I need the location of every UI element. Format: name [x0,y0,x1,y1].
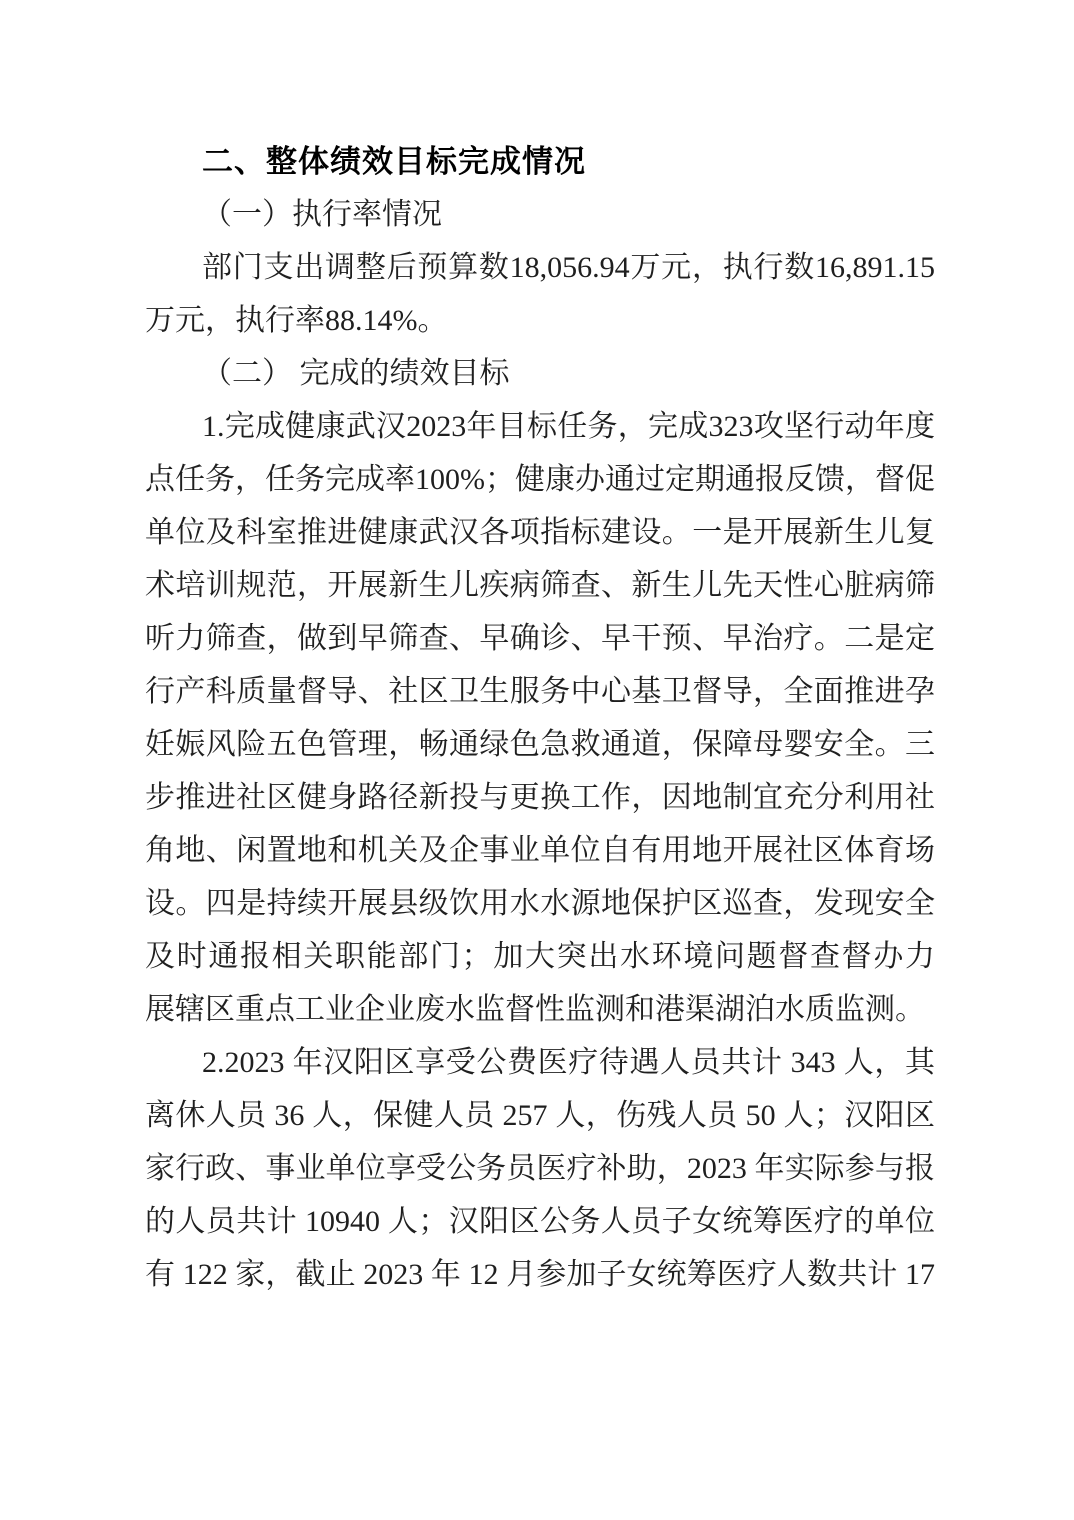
text-line: 步推进社区健身路径新投与更换工作，因地制宜充分利用社区边 [145,772,935,825]
section-heading: 二、整体绩效目标完成情况 [145,136,935,189]
text-line: 设。四是持续开展县级饮用水水源地保护区巡查，发现安全隐患 [145,878,935,931]
text-line: 展辖区重点工业企业废水监督性监测和港渠湖泊水质监测。 [145,984,935,1037]
text-line: 的人员共计 10940 人；汉阳区公务人员子女统筹医疗的单位共 [145,1196,935,1249]
text-line: 有 122 家，截止 2023 年 12 月参加子女统筹医疗人数共计 1745 … [145,1249,935,1302]
text-line: （一）执行率情况 [145,189,935,242]
text-line: 行产科质量督导、社区卫生服务中心基卫督导，全面推进孕产妇 [145,666,935,719]
text-line: 家行政、事业单位享受公务员医疗补助，2023 年实际参与报销 [145,1143,935,1196]
text-line: 听力筛查，做到早筛查、早确诊、早干预、早治疗。二是定期进 [145,613,935,666]
text-line: 术培训规范，开展新生儿疾病筛查、新生儿先天性心脏病筛查、 [145,560,935,613]
text-line: 及时通报相关职能部门；加大突出水环境问题督查督办力度，开 [145,931,935,984]
text-line: 2.2023 年汉阳区享受公费医疗待遇人员共计 343 人，其中 [145,1037,935,1090]
text-line: 单位及科室推进健康武汉各项指标建设。一是开展新生儿复苏技 [145,507,935,560]
text-line: （二） 完成的绩效目标 [145,348,935,401]
text-line: 离休人员 36 人，保健人员 257 人，伤残人员 50 人；汉阳区 126 [145,1090,935,1143]
document-body: 二、整体绩效目标完成情况（一）执行率情况部门支出调整后预算数18,056.94万… [145,136,935,1302]
document-page: { "page": { "width": 1074, "height": 152… [0,0,1074,1520]
text-line: 部门支出调整后预算数18,056.94万元，执行数16,891.15 [145,242,935,295]
text-line: 角地、闲置地和机关及企事业单位自有用地开展社区体育场地建 [145,825,935,878]
text-line: 妊娠风险五色管理，畅通绿色急救通道，保障母婴安全。三是稳 [145,719,935,772]
text-line: 1.完成健康武汉2023年目标任务，完成323攻坚行动年度重 [145,401,935,454]
text-line: 点任务，任务完成率100%；健康办通过定期通报反馈，督促责任 [145,454,935,507]
text-line: 万元，执行率88.14%。 [145,295,935,348]
